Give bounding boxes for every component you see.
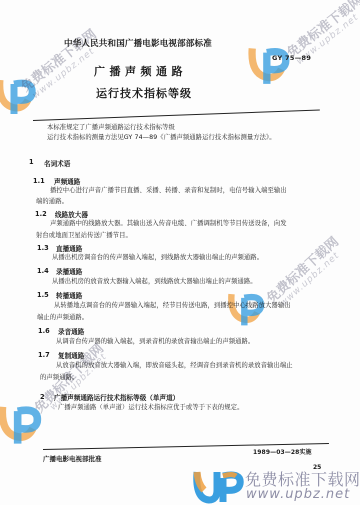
section-body: 的声频通路。: [40, 374, 78, 382]
watermark-text: 免费标准下载网: [262, 232, 342, 307]
section-number: 1.4: [37, 267, 49, 275]
section-title: 录播通路: [56, 266, 82, 276]
document-title-line2: 运行技术指标等级: [96, 85, 192, 101]
section-number: 1.1: [33, 177, 45, 185]
header-divider: [33, 109, 320, 121]
section-body: 广播声频通路（单声道）运行技术指标应优于或等于下表的规定。: [58, 404, 244, 412]
section-body: 端的通路。: [36, 198, 68, 206]
standard-code: GY 75—89: [272, 54, 311, 62]
watermark-text: 免费标准下载网: [282, 0, 360, 61]
issuer-title: 中华人民共和国广播电影电视部部标准: [64, 37, 212, 49]
section-title: 线路放大器: [55, 209, 88, 219]
section-number: 1: [29, 158, 34, 166]
section-title: 转播通路: [56, 290, 82, 300]
section-number: 1.2: [35, 210, 47, 218]
section-title: 广播声频通路运行技术指标等级（单声道）: [54, 392, 179, 402]
section-title: 名词术语: [44, 158, 70, 168]
effective-date: 1989—03—28实施: [253, 447, 312, 456]
section-body: 声频通路中的线路放大器。其输出送入传音电缆、广播调制机等节目传送设备，向发: [50, 220, 287, 228]
section-number: 1.3: [37, 244, 49, 252]
section-title: 直播通路: [56, 243, 82, 253]
section-number: 2: [40, 393, 45, 401]
section-body: 从转播地点调音台的传声器输入端起，经节目传送电路，到播控中心线路放大器输出: [54, 302, 291, 310]
section-body: 从调音台传声器的输入端起，到录音机的录放音输出端止的声频通路。: [56, 338, 254, 346]
section-number: 1.7: [38, 351, 50, 359]
section-number: 1.6: [38, 327, 50, 335]
brand-url: www.upbz.net: [246, 487, 350, 502]
section-body: 端止的声频通路。: [37, 314, 88, 322]
intro-line: 本标准规定了广播声频通路运行技术指标等级: [47, 124, 175, 132]
document-page: 免费标准下载网 www.upbz.net 免费标准下载网 www.upbz.ne…: [0, 0, 360, 505]
document-title-line1: 广播声频通路: [94, 63, 187, 79]
brand-watermark: 免费标准下载网 www.upbz.net: [190, 466, 360, 505]
section-body: 从播出机房的放音放大器输入端起，到线路放大器输出端止的声频通路。: [52, 278, 257, 286]
section-title: 复制通路: [58, 350, 84, 360]
intro-line: 运行技术指标的测量方法见GY 74—89《广播声频通路运行技术指标测量方法》。: [47, 134, 276, 142]
section-body: 从播出机房调音台的传声器输入端起，到线路放大器输出端止的声频通路。: [52, 254, 263, 262]
section-body: 射台或地面卫星站传送广播节目。: [36, 232, 132, 240]
section-title: 录音通路: [58, 326, 84, 336]
upbz-logo-icon: [192, 466, 244, 504]
section-body: 播控中心进行声音广播节目直播、采播、转播、录音和复制时，电信号输入端至输出: [50, 187, 287, 195]
approver-label: 广播电影电视部批准: [43, 454, 102, 463]
section-body: 从放音机的放音放大器输入端，即放音磁头起，经调音台到录音机的录放音输出端止: [56, 362, 293, 370]
section-title: 声频通路: [54, 176, 80, 186]
section-number: 1.5: [37, 291, 49, 299]
upbz-logo-icon: [0, 396, 48, 448]
